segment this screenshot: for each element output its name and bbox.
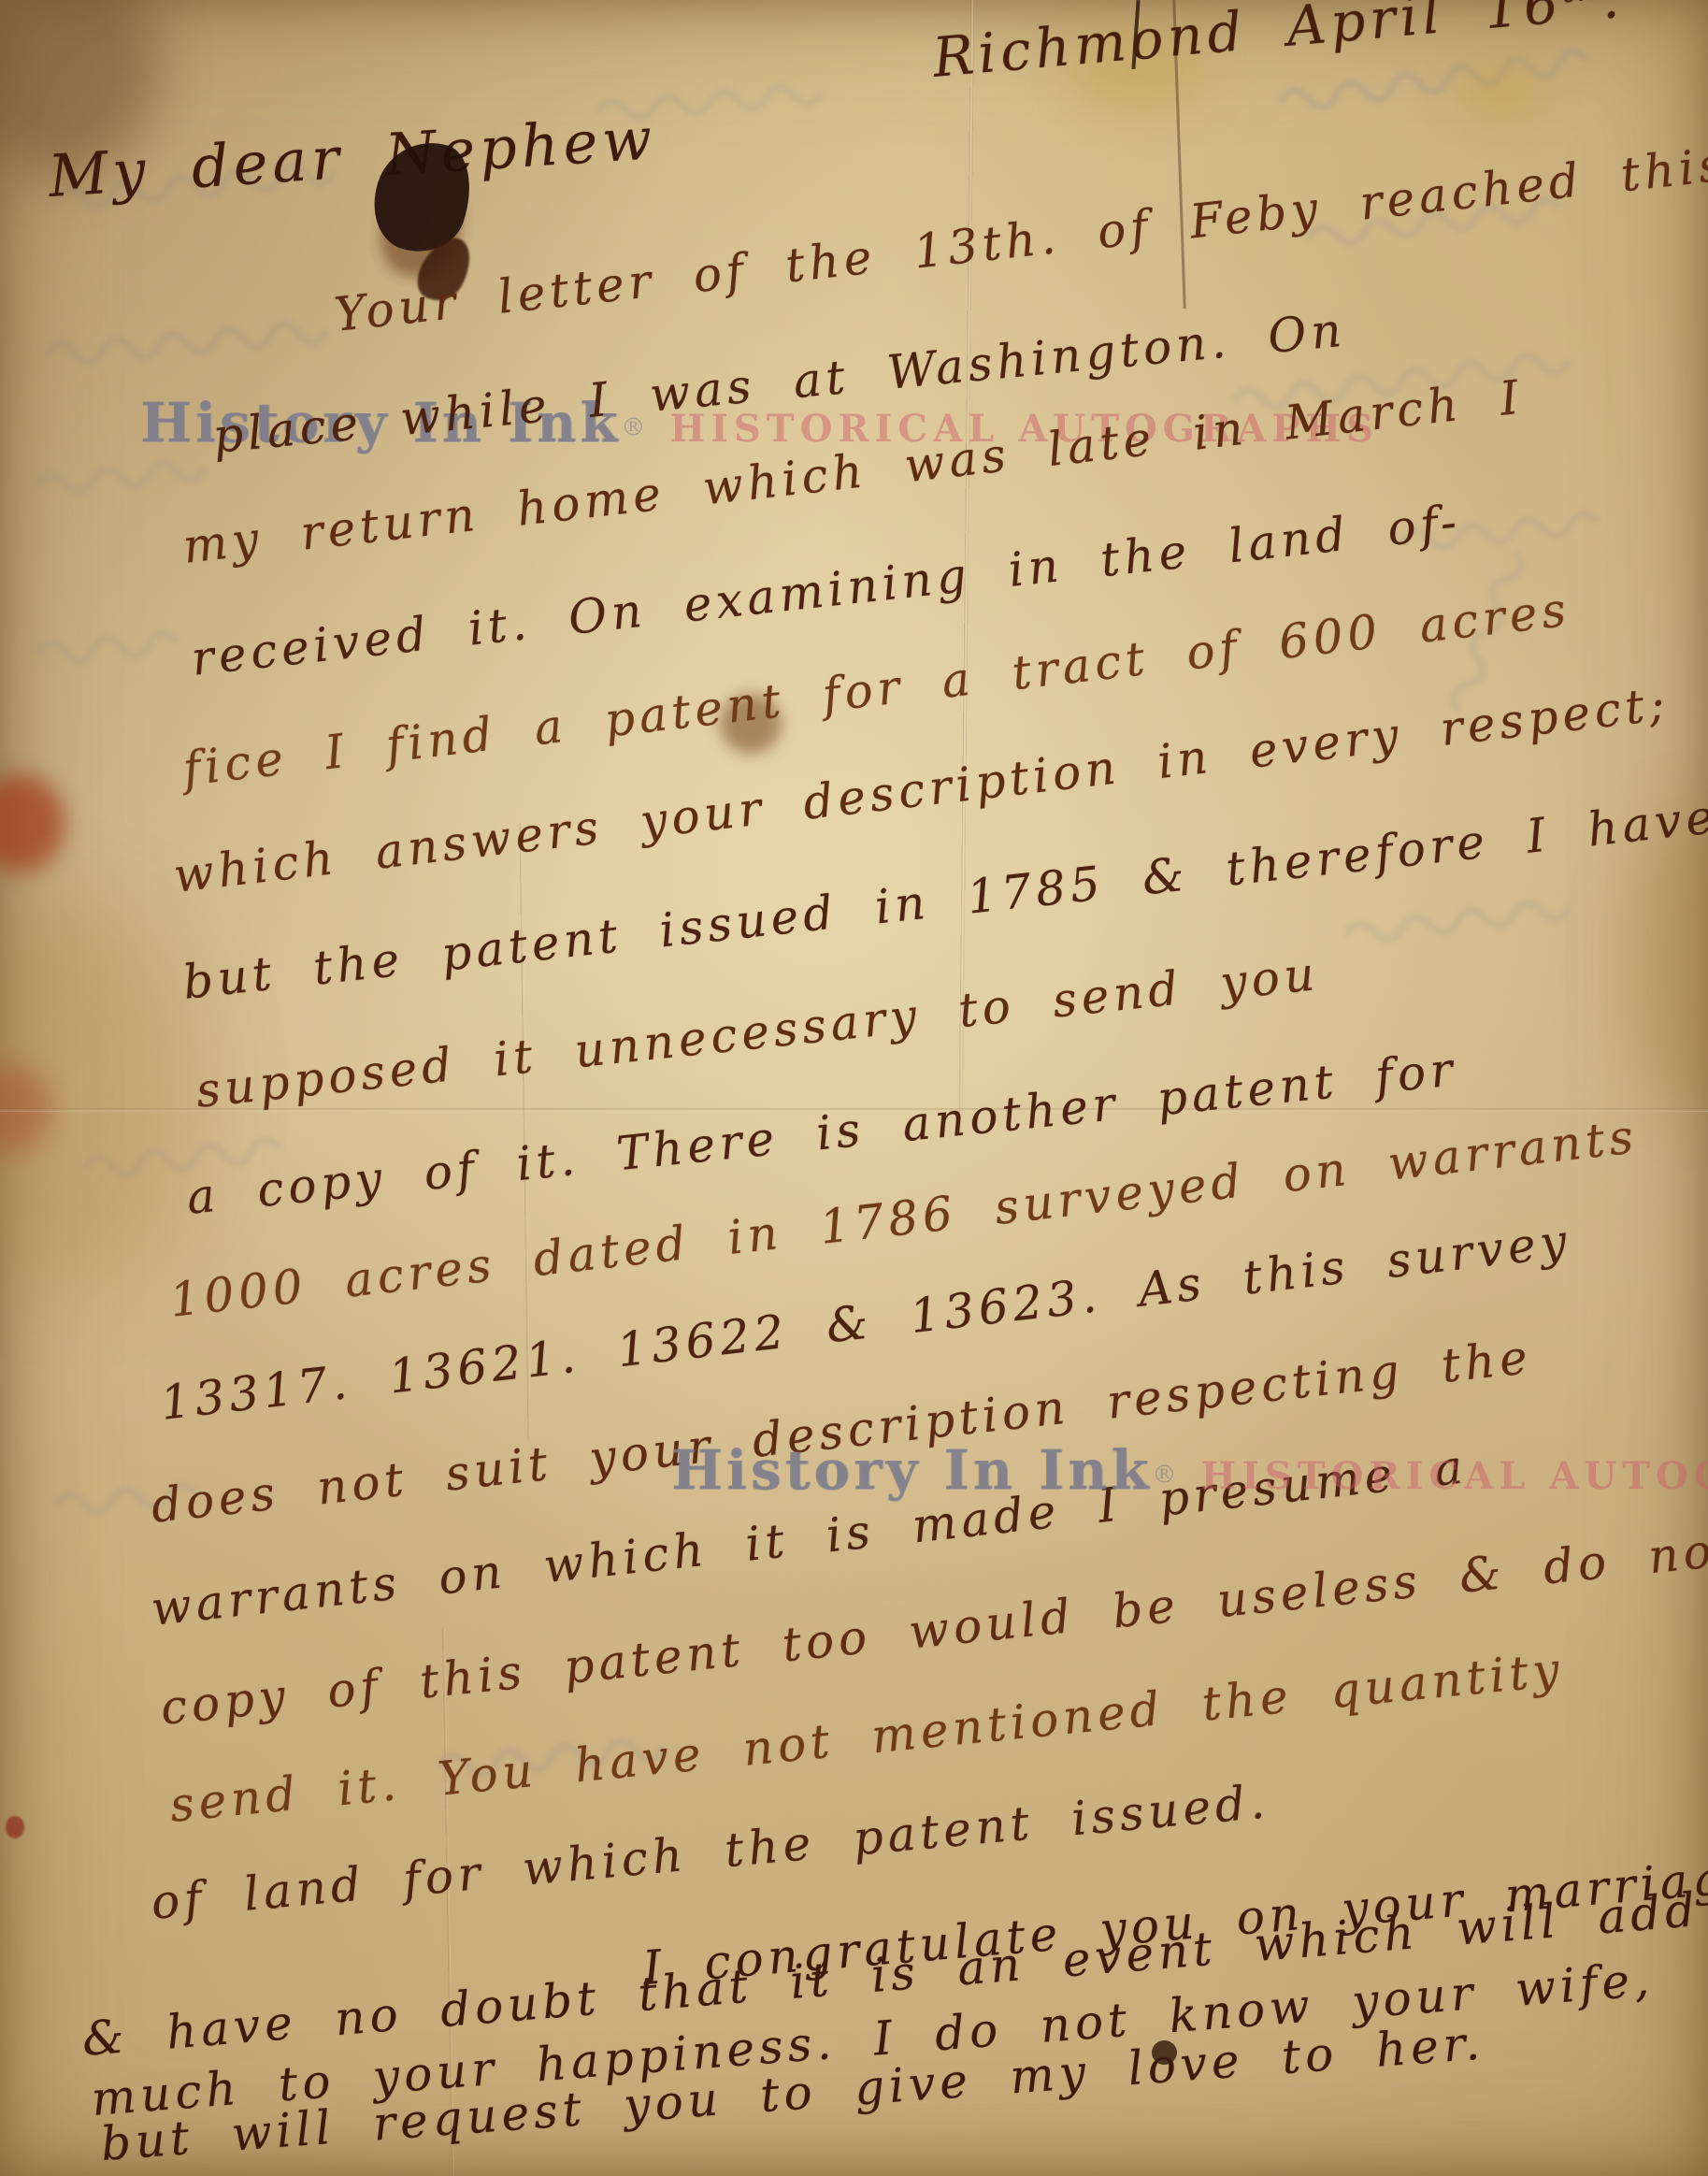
dateline-period: . bbox=[1599, 0, 1626, 31]
letter-scan: Richmond April 16th. My dear Nephew Hist… bbox=[0, 0, 1708, 2176]
watermark-history-in-ink: History In Ink®HISTORICAL AUTOGRAPHS bbox=[671, 1438, 1708, 1502]
watermark-brand: History In Ink bbox=[671, 1438, 1152, 1502]
dateline-superscript: th bbox=[1560, 0, 1602, 11]
registered-trademark-icon: ® bbox=[1152, 1462, 1176, 1490]
watermark-tagline: HISTORICAL AUTOGRAPHS bbox=[1200, 1454, 1708, 1498]
